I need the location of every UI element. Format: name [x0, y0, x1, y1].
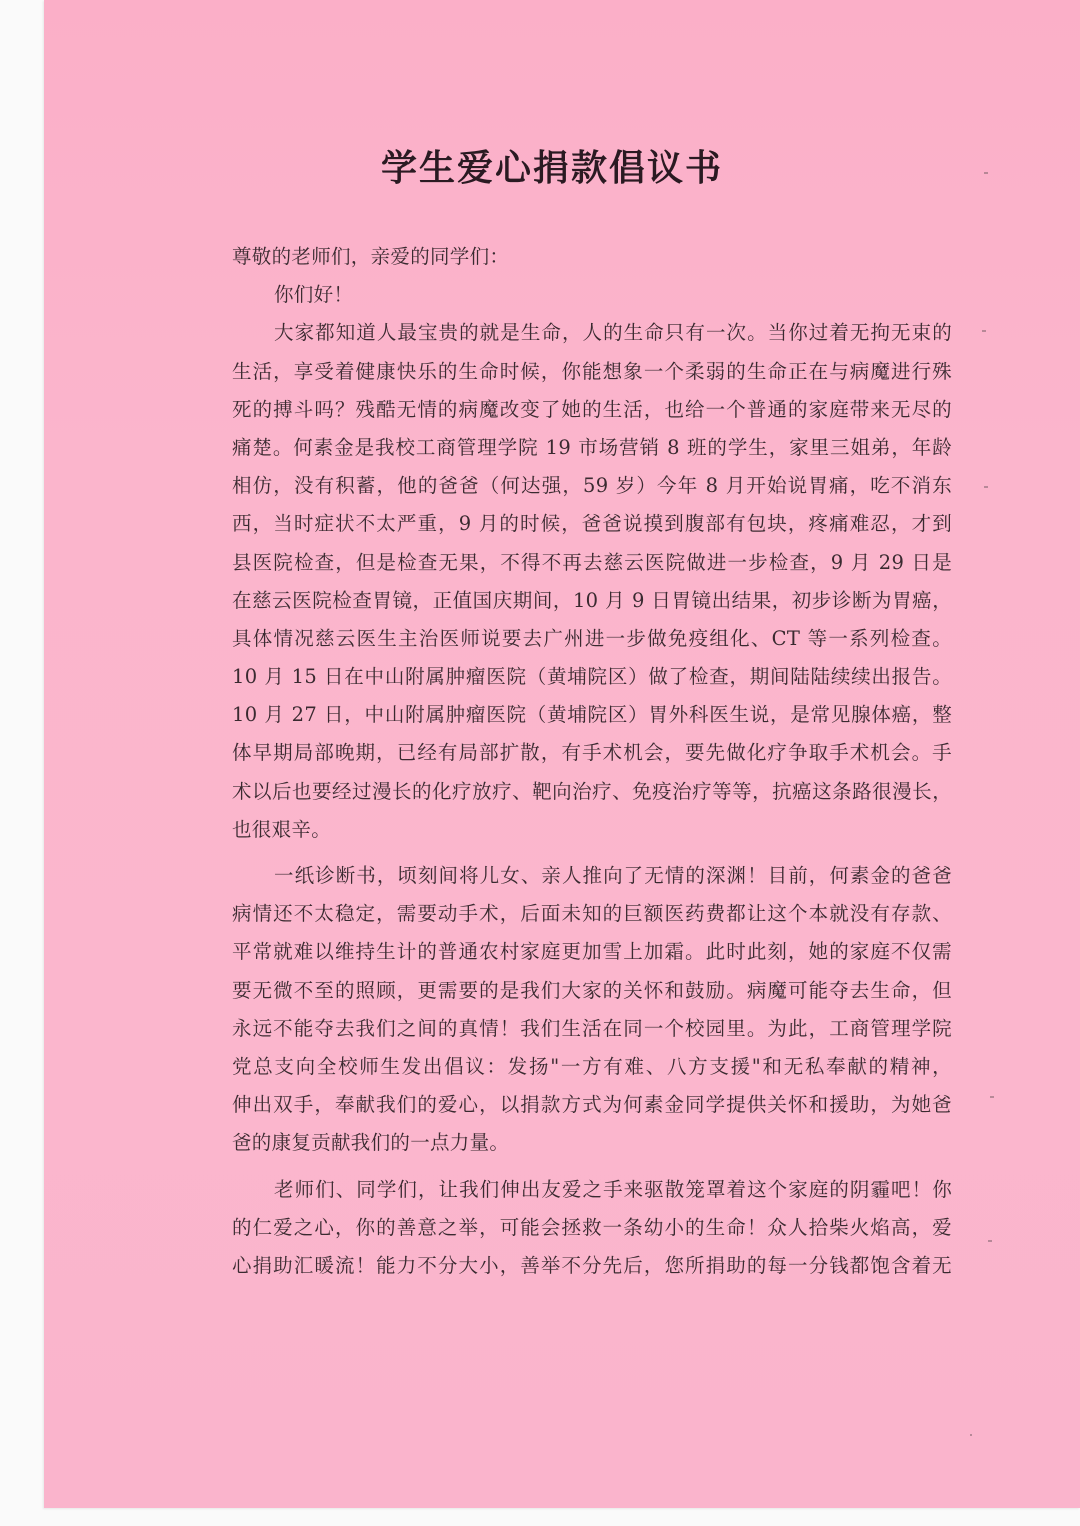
paragraph-line: 的仁爱之心，你的善意之举，可能会拯救一条幼小的生命！众人拾柴火焰高，爱 — [232, 1209, 952, 1247]
paragraph-line: 大家都知道人最宝贵的就是生命，人的生命只有一次。当你过着无拘无束的 — [232, 314, 952, 352]
salutation: 尊敬的老师们，亲爱的同学们： — [232, 238, 952, 276]
paragraph-line: 一纸诊断书，顷刻间将儿女、亲人推向了无情的深渊！目前，何素金的爸爸 — [232, 857, 952, 895]
paragraph-line: 平常就难以维持生计的普通农村家庭更加雪上加霜。此时此刻，她的家庭不仅需 — [232, 933, 952, 971]
scan-speck — [988, 1240, 992, 1242]
paragraph-1: 大家都知道人最宝贵的就是生命，人的生命只有一次。当你过着无拘无束的 生活，享受着… — [232, 314, 952, 849]
paragraph-line: 永远不能夺去我们之间的真情！我们生活在同一个校园里。为此，工商管理学院 — [232, 1010, 952, 1048]
paragraph-line: 生活，享受着健康快乐的生命时候，你能想象一个柔弱的生命正在与病魔进行殊 — [232, 353, 952, 391]
paragraph-line: 具体情况慈云医生主治医师说要去广州进一步做免疫组化、CT 等一系列检查。 — [232, 620, 952, 658]
paragraph-line: 心捐助汇暖流！能力不分大小，善举不分先后，您所捐助的每一分钱都饱含着无 — [232, 1247, 952, 1285]
paragraph-line: 死的搏斗吗？残酷无情的病魔改变了她的生活，也给一个普通的家庭带来无尽的 — [232, 391, 952, 429]
paragraph-line: 在慈云医院检查胃镜，正值国庆期间，10 月 9 日胃镜出结果，初步诊断为胃癌， — [232, 582, 952, 620]
paragraph-line: 术以后也要经过漫长的化疗放疗、靶向治疗、免疫治疗等等，抗癌这条路很漫长， — [232, 773, 952, 811]
paragraph-line: 党总支向全校师生发出倡议：发扬"一方有难、八方支援"和无私奉献的精神， — [232, 1048, 952, 1086]
paragraph-line: 西，当时症状不太严重，9 月的时候，爸爸说摸到腹部有包块，疼痛难忍，才到 — [232, 505, 952, 543]
paragraph-2: 一纸诊断书，顷刻间将儿女、亲人推向了无情的深渊！目前，何素金的爸爸 病情还不太稳… — [232, 857, 952, 1163]
paragraph-line: 病情还不太稳定，需要动手术，后面未知的巨额医药费都让这个本就没有存款、 — [232, 895, 952, 933]
scan-speck — [990, 1096, 994, 1098]
paragraph-line: 痛楚。何素金是我校工商管理学院 19 市场营销 8 班的学生，家里三姐弟，年龄 — [232, 429, 952, 467]
paragraph-gap — [232, 1163, 952, 1171]
paragraph-line: 也很艰辛。 — [232, 811, 952, 849]
scan-speck — [984, 486, 988, 488]
greeting: 你们好！ — [232, 276, 952, 314]
scan-speck — [970, 1434, 972, 1436]
paragraph-3: 老师们、同学们，让我们伸出友爱之手来驱散笼罩着这个家庭的阴霾吧！你 的仁爱之心，… — [232, 1171, 952, 1286]
paragraph-line: 体早期局部晚期，已经有局部扩散，有手术机会，要先做化疗争取手术机会。手 — [232, 734, 952, 772]
paragraph-line: 要无微不至的照顾，更需要的是我们大家的关怀和鼓励。病魔可能夺去生命，但 — [232, 972, 952, 1010]
document-title: 学生爱心捐款倡议书 — [0, 140, 1080, 191]
document-body: 尊敬的老师们，亲爱的同学们： 你们好！ 大家都知道人最宝贵的就是生命，人的生命只… — [232, 238, 952, 1285]
paragraph-line: 相仿，没有积蓄，他的爸爸（何达强，59 岁）今年 8 月开始说胃痛，吃不消东 — [232, 467, 952, 505]
scan-speck — [982, 330, 986, 332]
paragraph-gap — [232, 849, 952, 857]
paragraph-line: 伸出双手，奉献我们的爱心，以捐款方式为何素金同学提供关怀和援助，为她爸 — [232, 1086, 952, 1124]
paragraph-line: 县医院检查，但是检查无果，不得不再去慈云医院做进一步检查，9 月 29 日是 — [232, 544, 952, 582]
paragraph-line: 10 月 15 日在中山附属肿瘤医院（黄埔院区）做了检查，期间陆陆续续出报告。 — [232, 658, 952, 696]
paragraph-line: 老师们、同学们，让我们伸出友爱之手来驱散笼罩着这个家庭的阴霾吧！你 — [232, 1171, 952, 1209]
paragraph-line: 爸的康复贡献我们的一点力量。 — [232, 1124, 952, 1162]
paragraph-line: 10 月 27 日，中山附属肿瘤医院（黄埔院区）胃外科医生说，是常见腺体癌，整 — [232, 696, 952, 734]
